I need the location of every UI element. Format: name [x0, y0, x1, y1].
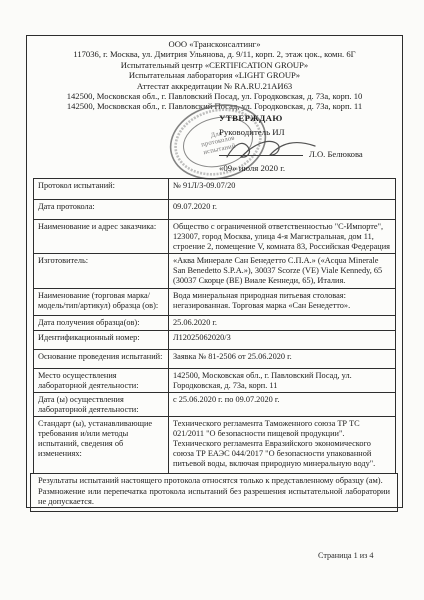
row-value: 25.06.2020 г. [169, 315, 396, 330]
table-row-standards: Стандарт (ы), устанавливающие требования… [34, 416, 396, 473]
document-frame: ООО «Трансконсалтинг» 117036, г. Москва,… [26, 35, 403, 508]
letterhead-org-name: ООО «Трансконсалтинг» [27, 39, 402, 49]
signature-row: Л.О. Белюкова [219, 138, 394, 163]
row-label: Основание проведения испытаний: [34, 349, 169, 368]
row-label: Изготовитель: [34, 254, 169, 288]
letterhead-test-center: Испытательный центр «CERTIFICATION GROUP… [27, 60, 402, 70]
approval-date: «09» июля 2020 г. [219, 163, 394, 173]
results-note-line-2: Размножение или перепечатка протокола ис… [38, 487, 390, 508]
row-value: Технического регламента Таможенного союз… [169, 416, 396, 473]
row-label: Стандарт (ы), устанавливающие требования… [34, 416, 169, 473]
row-label: Протокол испытаний: [34, 179, 169, 200]
approval-block: УТВЕРЖДАЮ Руководитель ИЛ Л.О. Белюкова … [219, 113, 394, 173]
row-value: с 25.06.2020 г. по 09.07.2020 г. [169, 392, 396, 416]
row-value: «Аква Минерале Сан Бенедетто С.П.А.» («A… [169, 254, 396, 288]
table-row-test-basis: Основание проведения испытаний: Заявка №… [34, 349, 396, 368]
letterhead: ООО «Трансконсалтинг» 117036, г. Москва,… [27, 36, 402, 112]
row-label: Идентификационный номер: [34, 330, 169, 349]
results-note-box: Результаты испытаний настоящего протокол… [30, 473, 398, 512]
row-value: Вода минеральная природная питьевая стол… [169, 288, 396, 315]
row-label: Наименование и адрес заказчика: [34, 220, 169, 254]
table-row-identification-number: Идентификационный номер: Л12025062020/3 [34, 330, 396, 349]
table-row-sample-name: Наименование (торговая марка/модель/тип/… [34, 288, 396, 315]
row-label: Место осуществления лабораторной деятель… [34, 368, 169, 392]
signature-underline [219, 155, 303, 156]
results-note-line-1: Результаты испытаний настоящего протокол… [38, 476, 390, 487]
scanned-document-page: ООО «Трансконсалтинг» 117036, г. Москва,… [0, 0, 424, 600]
signature-icon [223, 135, 323, 163]
table-row-protocol-date: Дата протокола: 09.07.2020 г. [34, 200, 396, 220]
row-label: Дата (ы) осуществления лабораторной деят… [34, 392, 169, 416]
table-row-manufacturer: Изготовитель: «Аква Минерале Сан Бенедет… [34, 254, 396, 288]
page-number: Страница 1 из 4 [318, 551, 373, 560]
row-value: Общество с ограниченной ответственностью… [169, 220, 396, 254]
row-label: Дата получения образца(ов): [34, 315, 169, 330]
letterhead-accreditation: Аттестат аккредитации № RA.RU.21АИ63 [27, 81, 402, 91]
letterhead-test-lab: Испытательная лаборатория «LIGHT GROUP» [27, 70, 402, 80]
row-value: 142500, Московская обл., г. Павловский П… [169, 368, 396, 392]
protocol-table: Протокол испытаний: № 91Л/3-09.07/20 Дат… [33, 178, 396, 474]
row-value: № 91Л/3-09.07/20 [169, 179, 396, 200]
row-value: 09.07.2020 г. [169, 200, 396, 220]
table-row-lab-dates: Дата (ы) осуществления лабораторной деят… [34, 392, 396, 416]
row-label: Дата протокола: [34, 200, 169, 220]
letterhead-org-address: 117036, г. Москва, ул. Дмитрия Ульянова,… [27, 49, 402, 59]
approver-name: Л.О. Белюкова [309, 149, 363, 159]
table-row-customer: Наименование и адрес заказчика: Общество… [34, 220, 396, 254]
table-row-lab-location: Место осуществления лабораторной деятель… [34, 368, 396, 392]
row-label: Наименование (торговая марка/модель/тип/… [34, 288, 169, 315]
approve-label: УТВЕРЖДАЮ [219, 113, 394, 123]
table-row-protocol-number: Протокол испытаний: № 91Л/3-09.07/20 [34, 179, 396, 200]
letterhead-lab-address-2: 142500, Московская обл., г. Павловский П… [27, 101, 402, 111]
letterhead-lab-address-1: 142500, Московская обл., г. Павловский П… [27, 91, 402, 101]
row-value: Л12025062020/3 [169, 330, 396, 349]
row-value: Заявка № 81-2506 от 25.06.2020 г. [169, 349, 396, 368]
table-row-sample-received-date: Дата получения образца(ов): 25.06.2020 г… [34, 315, 396, 330]
